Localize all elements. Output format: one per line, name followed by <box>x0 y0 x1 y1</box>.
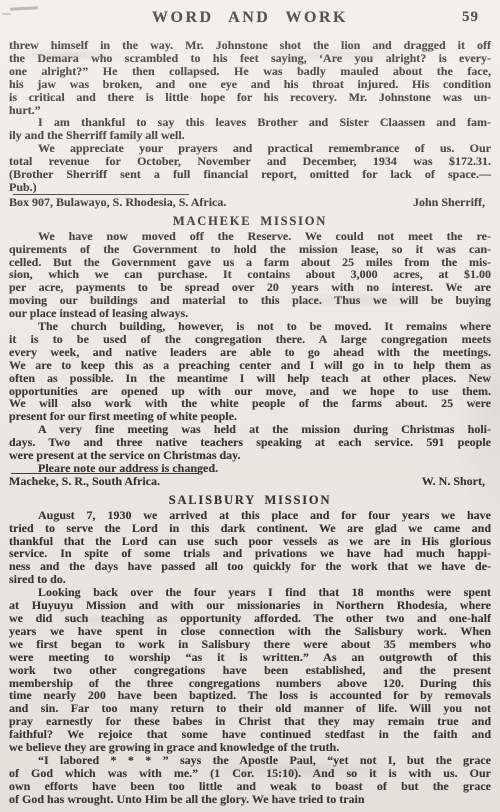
text-line: every week, and native leaders are able … <box>9 346 491 359</box>
signature-address: Box 907, Bulawayo, S. Rhodesia, S. Afric… <box>9 196 226 209</box>
publication-title: WORD AND WORK <box>152 9 348 26</box>
content-blocks: threw himself in the way. Mr. Johnstone … <box>0 29 500 806</box>
text-line: his jaw was broken, and one eye and his … <box>9 78 491 91</box>
signature-name: John Sherriff, <box>413 196 491 209</box>
text-line: we did such teaching as opportunity affo… <box>9 612 491 625</box>
text-line: the Demara who scrambled to his feet say… <box>9 52 491 65</box>
text-line: own efforts have been too little and wea… <box>9 780 491 793</box>
text-line: one alright?” He then collapsed. He was … <box>9 65 491 78</box>
text-line: work two other congregations have been e… <box>9 664 491 677</box>
text-line: quirements of the Government to hold the… <box>9 243 491 256</box>
paragraph: threw himself in the way. Mr. Johnstone … <box>9 39 491 116</box>
paragraph: The church building, however, is not to … <box>9 320 491 423</box>
paragraph: A very fine meeting was held at the miss… <box>9 423 491 462</box>
paragraph: “I labored * * * ” says the Apostle Paul… <box>9 754 491 806</box>
signature-name: W. N. Short, <box>422 475 491 488</box>
text-line: we first began to work in Salisbury ther… <box>9 638 491 651</box>
text-line: often as possible. In the meantime I wil… <box>9 372 491 385</box>
section-heading: MACHEKE MISSION <box>9 215 491 228</box>
text-line: Pleare note our address is changed. <box>9 462 491 475</box>
paragraph: I am thankful to say this leaves Brother… <box>9 116 491 142</box>
text-line: August 7, 1930 we arrived at this place … <box>9 509 491 522</box>
text-line: We have now moved off the Reserve. We co… <box>9 230 491 243</box>
text-line: The church building, however, is not to … <box>9 320 491 333</box>
scanned-page: WORD AND WORK 59 threw himself in the wa… <box>0 0 500 812</box>
text-line: it is to be used of the congregation the… <box>9 333 491 346</box>
text-line: ness and the days have passed all too qu… <box>9 560 491 573</box>
text-line: tried to serve the Lord in this dark con… <box>9 522 491 535</box>
page-number: 59 <box>462 9 479 26</box>
section-heading: SALISBURY MISSION <box>9 494 491 507</box>
text-line: were meeting to worship “as it is writte… <box>9 651 491 664</box>
paragraph: Looking back over the four years I find … <box>9 586 491 754</box>
paragraph: August 7, 1930 we arrived at this place … <box>9 509 491 586</box>
page-header: WORD AND WORK 59 <box>0 0 500 29</box>
signature-address: Macheke, S. R., South Africa. <box>9 475 160 488</box>
text-line: of God which was with me.” (1 Cor. 15:10… <box>9 767 491 780</box>
text-line: threw himself in the way. Mr. Johnstone … <box>9 39 491 52</box>
text-line: “I labored * * * ” says the Apostle Paul… <box>9 754 491 767</box>
text-line: we believe they are growing in grace and… <box>9 741 491 754</box>
text-line: of God has wrought. Unto Him be all the … <box>9 793 491 806</box>
text-line: is critical and there is little hope for… <box>9 91 491 104</box>
signature-line: Box 907, Bulawayo, S. Rhodesia, S. Afric… <box>9 196 491 209</box>
text-line: years we have spent in close connection … <box>9 625 491 638</box>
signature-line: Macheke, S. R., South Africa.W. N. Short… <box>9 475 491 488</box>
paragraph: We have now moved off the Reserve. We co… <box>9 230 491 320</box>
paragraph: Pleare note our address is changed. <box>9 462 491 475</box>
paragraph: We appreciate your prayers and practical… <box>9 142 491 194</box>
text-line: (Brother Sherriff sent a full financial … <box>9 168 491 181</box>
text-line: Pub.) <box>9 181 491 194</box>
text-line: We are to keep this as a preaching cente… <box>9 359 491 372</box>
